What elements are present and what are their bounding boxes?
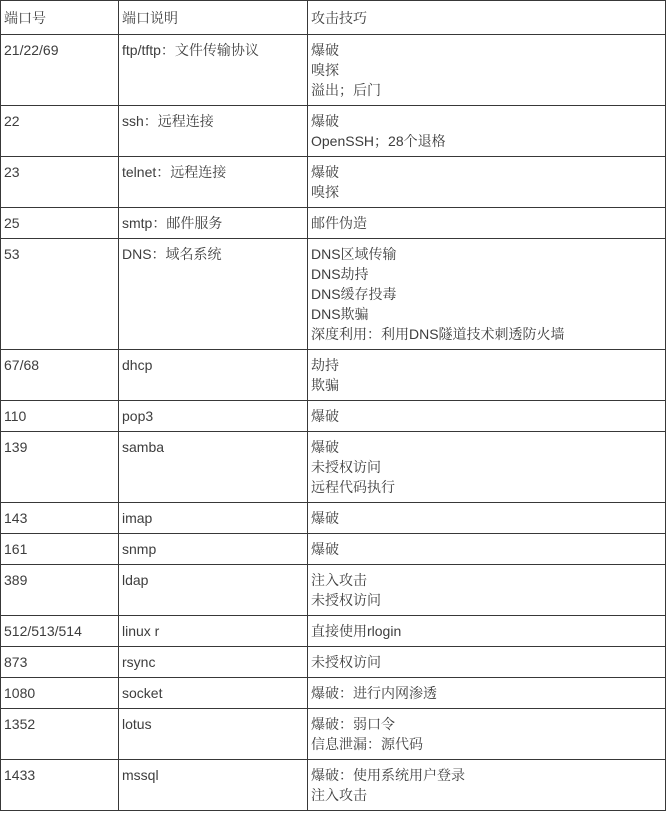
- attacks-cell: 爆破: [308, 503, 666, 534]
- table-row: 23telnet：远程连接爆破嗅探: [1, 157, 666, 208]
- attacks-cell: DNS区域传输DNS劫持DNS缓存投毒DNS欺骗深度利用：利用DNS隧道技术刺透…: [308, 239, 666, 350]
- attack-line: 信息泄漏：源代码: [311, 734, 661, 754]
- attacks-cell: 爆破: [308, 534, 666, 565]
- attack-line: OpenSSH；28个退格: [311, 131, 661, 151]
- port-cell: 1433: [1, 760, 119, 811]
- port-cell: 22: [1, 106, 119, 157]
- attacks-cell: 爆破：进行内网渗透: [308, 678, 666, 709]
- attack-line: DNS区域传输: [311, 244, 661, 264]
- attacks-cell: 直接使用rlogin: [308, 616, 666, 647]
- attack-line: 嗅探: [311, 182, 661, 202]
- description-cell: mssql: [119, 760, 308, 811]
- attack-line: 远程代码执行: [311, 477, 661, 497]
- attacks-cell: 劫持欺骗: [308, 350, 666, 401]
- attacks-cell: 爆破：使用系统用户登录注入攻击: [308, 760, 666, 811]
- description-cell: snmp: [119, 534, 308, 565]
- port-cell: 1080: [1, 678, 119, 709]
- description-cell: ldap: [119, 565, 308, 616]
- attack-line: 嗅探: [311, 60, 661, 80]
- port-cell: 21/22/69: [1, 35, 119, 106]
- attack-line: 未授权访问: [311, 652, 661, 672]
- header-attack-techniques: 攻击技巧: [308, 1, 666, 35]
- description-cell: smtp：邮件服务: [119, 208, 308, 239]
- port-cell: 110: [1, 401, 119, 432]
- attack-line: 深度利用：利用DNS隧道技术刺透防火墙: [311, 324, 661, 344]
- description-cell: samba: [119, 432, 308, 503]
- attack-line: DNS劫持: [311, 264, 661, 284]
- attack-line: 未授权访问: [311, 590, 661, 610]
- port-cell: 139: [1, 432, 119, 503]
- port-cell: 873: [1, 647, 119, 678]
- attack-line: 注入攻击: [311, 570, 661, 590]
- table-body: 21/22/69ftp/tftp：文件传输协议爆破嗅探溢出；后门22ssh：远程…: [1, 35, 666, 811]
- attack-line: 爆破: [311, 40, 661, 60]
- attack-line: DNS缓存投毒: [311, 284, 661, 304]
- table-row: 1433mssql爆破：使用系统用户登录注入攻击: [1, 760, 666, 811]
- attack-line: 爆破：进行内网渗透: [311, 683, 661, 703]
- port-cell: 143: [1, 503, 119, 534]
- attack-line: DNS欺骗: [311, 304, 661, 324]
- table-row: 67/68dhcp劫持欺骗: [1, 350, 666, 401]
- table-row: 1080socket爆破：进行内网渗透: [1, 678, 666, 709]
- table-row: 22ssh：远程连接爆破OpenSSH；28个退格: [1, 106, 666, 157]
- attacks-cell: 爆破嗅探: [308, 157, 666, 208]
- attacks-cell: 爆破OpenSSH；28个退格: [308, 106, 666, 157]
- table-row: 139samba爆破未授权访问远程代码执行: [1, 432, 666, 503]
- description-cell: telnet：远程连接: [119, 157, 308, 208]
- attacks-cell: 爆破未授权访问远程代码执行: [308, 432, 666, 503]
- attacks-cell: 未授权访问: [308, 647, 666, 678]
- description-cell: ssh：远程连接: [119, 106, 308, 157]
- header-row: 端口号 端口说明 攻击技巧: [1, 1, 666, 35]
- port-cell: 67/68: [1, 350, 119, 401]
- table-row: 53DNS：域名系统DNS区域传输DNS劫持DNS缓存投毒DNS欺骗深度利用：利…: [1, 239, 666, 350]
- table-row: 873rsync未授权访问: [1, 647, 666, 678]
- description-cell: linux r: [119, 616, 308, 647]
- description-cell: DNS：域名系统: [119, 239, 308, 350]
- attack-line: 直接使用rlogin: [311, 621, 661, 641]
- attack-line: 爆破: [311, 437, 661, 457]
- attacks-cell: 爆破：弱口令信息泄漏：源代码: [308, 709, 666, 760]
- port-cell: 389: [1, 565, 119, 616]
- attacks-cell: 注入攻击未授权访问: [308, 565, 666, 616]
- description-cell: imap: [119, 503, 308, 534]
- table-row: 110pop3爆破: [1, 401, 666, 432]
- table-header: 端口号 端口说明 攻击技巧: [1, 1, 666, 35]
- port-cell: 25: [1, 208, 119, 239]
- attack-line: 爆破: [311, 406, 661, 426]
- attacks-cell: 爆破嗅探溢出；后门: [308, 35, 666, 106]
- table-row: 25smtp：邮件服务邮件伪造: [1, 208, 666, 239]
- attack-line: 注入攻击: [311, 785, 661, 805]
- header-port-description: 端口说明: [119, 1, 308, 35]
- table-row: 1352lotus爆破：弱口令信息泄漏：源代码: [1, 709, 666, 760]
- description-cell: pop3: [119, 401, 308, 432]
- table-row: 512/513/514linux r直接使用rlogin: [1, 616, 666, 647]
- attack-line: 劫持: [311, 355, 661, 375]
- attack-line: 爆破: [311, 539, 661, 559]
- description-cell: socket: [119, 678, 308, 709]
- description-cell: ftp/tftp：文件传输协议: [119, 35, 308, 106]
- port-cell: 53: [1, 239, 119, 350]
- attack-line: 未授权访问: [311, 457, 661, 477]
- table-row: 389ldap注入攻击未授权访问: [1, 565, 666, 616]
- description-cell: rsync: [119, 647, 308, 678]
- attack-line: 爆破: [311, 162, 661, 182]
- port-cell: 161: [1, 534, 119, 565]
- header-port-number: 端口号: [1, 1, 119, 35]
- port-cell: 512/513/514: [1, 616, 119, 647]
- port-cell: 23: [1, 157, 119, 208]
- attack-line: 爆破：使用系统用户登录: [311, 765, 661, 785]
- description-cell: lotus: [119, 709, 308, 760]
- attack-line: 爆破：弱口令: [311, 714, 661, 734]
- port-attack-table: 端口号 端口说明 攻击技巧 21/22/69ftp/tftp：文件传输协议爆破嗅…: [0, 0, 666, 811]
- attack-line: 溢出；后门: [311, 80, 661, 100]
- table-row: 161snmp爆破: [1, 534, 666, 565]
- description-cell: dhcp: [119, 350, 308, 401]
- attack-line: 邮件伪造: [311, 213, 661, 233]
- table-row: 143imap爆破: [1, 503, 666, 534]
- port-cell: 1352: [1, 709, 119, 760]
- attacks-cell: 邮件伪造: [308, 208, 666, 239]
- attack-line: 爆破: [311, 508, 661, 528]
- attacks-cell: 爆破: [308, 401, 666, 432]
- table-row: 21/22/69ftp/tftp：文件传输协议爆破嗅探溢出；后门: [1, 35, 666, 106]
- attack-line: 爆破: [311, 111, 661, 131]
- attack-line: 欺骗: [311, 375, 661, 395]
